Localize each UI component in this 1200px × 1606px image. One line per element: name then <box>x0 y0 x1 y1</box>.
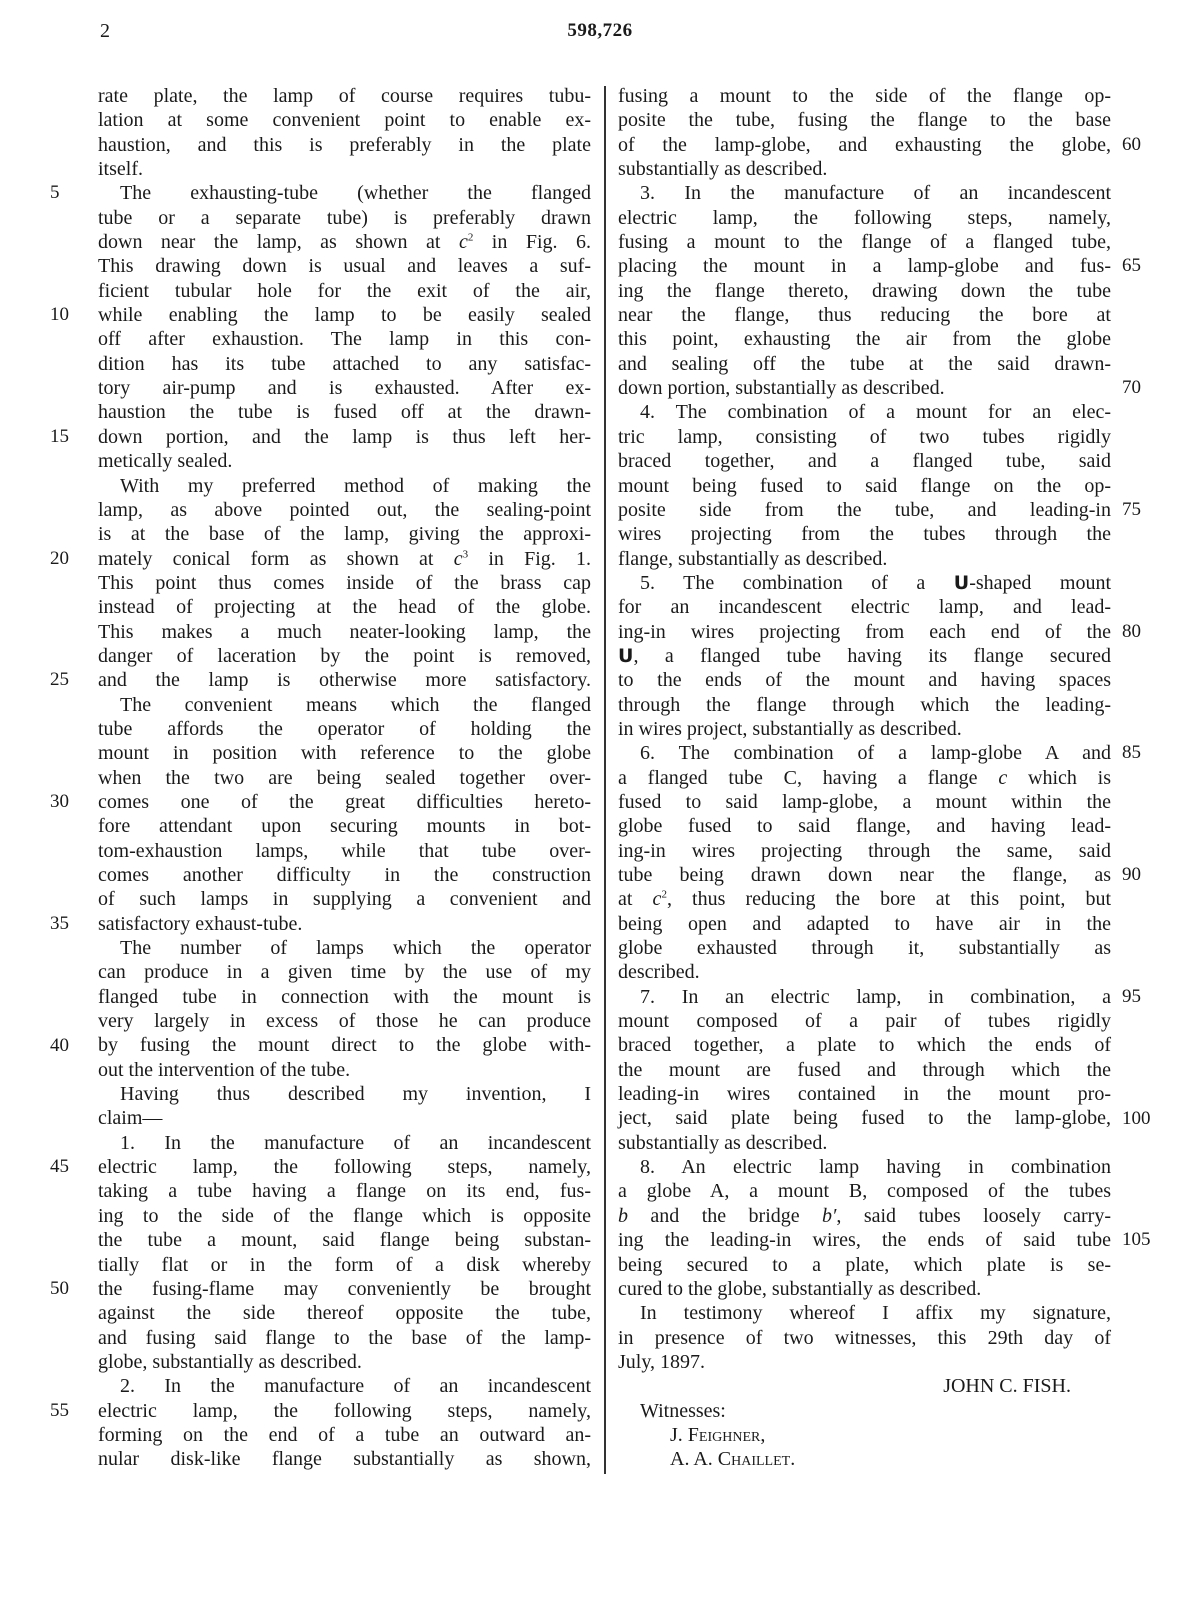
text-line: a flanged tube C, having a flange c whic… <box>618 766 1111 790</box>
line-number: 70 <box>1122 376 1172 400</box>
line-number: 80 <box>1122 620 1172 644</box>
text-line: when the two are being sealed together o… <box>98 766 591 790</box>
line-number: 85 <box>1122 741 1172 765</box>
text-line: danger of laceration by the point is rem… <box>98 644 591 668</box>
text-line: being secured to a plate, which plate is… <box>618 1253 1111 1277</box>
reference-letter: c <box>454 548 463 570</box>
text-line: electric lamp, the following steps, name… <box>98 1399 591 1423</box>
line-number: 15 <box>50 425 90 449</box>
text-line: ing to the side of the flange which is o… <box>98 1204 591 1228</box>
text-line: globe, substantially as described. <box>98 1350 591 1374</box>
text-line: down portion, substantially as described… <box>618 376 1111 400</box>
line-number: 90 <box>1122 863 1172 887</box>
text-line: 1. In the manufacture of an incandescent <box>98 1131 591 1155</box>
text-line: being open and adapted to have air in th… <box>618 912 1111 936</box>
text-line: fusing a mount to the side of the flange… <box>618 84 1111 108</box>
left-column: rate plate, the lamp of course requires … <box>98 84 591 1472</box>
line-number: 50 <box>50 1277 90 1301</box>
text-line: tube being drawn down near the flange, a… <box>618 863 1111 887</box>
text-line: fused to said lamp-globe, a mount within… <box>618 790 1111 814</box>
text-line: tric lamp, consisting of two tubes rigid… <box>618 425 1111 449</box>
text-line: ject, said plate being fused to the lamp… <box>618 1106 1111 1130</box>
text-line: braced together, and a flanged tube, sai… <box>618 449 1111 473</box>
line-number: 55 <box>50 1399 90 1423</box>
text-line: metically sealed. <box>98 449 591 473</box>
u-shape-glyph: U <box>954 572 969 594</box>
text-line: substantially as described. <box>618 157 1111 181</box>
line-number: 75 <box>1122 498 1172 522</box>
text-line: Having thus described my invention, I <box>98 1082 591 1106</box>
reference-letter: b <box>618 1205 628 1227</box>
text-line: out the intervention of the tube. <box>98 1058 591 1082</box>
witness-name: A. A. Chaillet. <box>618 1447 1111 1471</box>
text-line: against the side thereof opposite the tu… <box>98 1301 591 1325</box>
text-line: near the flange, thus reducing the bore … <box>618 303 1111 327</box>
text-line: electric lamp, the following steps, name… <box>98 1155 591 1179</box>
column-divider <box>604 86 606 1474</box>
text-line: nular disk-like flange substantially as … <box>98 1447 591 1471</box>
text-line: cured to the globe, substantially as des… <box>618 1277 1111 1301</box>
text-line: lamp, as above pointed out, the sealing-… <box>98 498 591 522</box>
text-line: ing-in wires projecting from each end of… <box>618 620 1111 644</box>
text-line: braced together, a plate to which the en… <box>618 1033 1111 1057</box>
text-line: in presence of two witnesses, this 29th … <box>618 1326 1111 1350</box>
text-line: down portion, and the lamp is thus left … <box>98 425 591 449</box>
text-line: at c2, thus reducing the bore at this po… <box>618 887 1111 911</box>
text-line: the mount are fused and through which th… <box>618 1058 1111 1082</box>
text-line: mount composed of a pair of tubes rigidl… <box>618 1009 1111 1033</box>
text-line: forming on the end of a tube an outward … <box>98 1423 591 1447</box>
line-number: 10 <box>50 303 90 327</box>
text-line: tube or a separate tube) is preferably d… <box>98 206 591 230</box>
text-line: ing the flange thereto, drawing down the… <box>618 279 1111 303</box>
line-number: 95 <box>1122 985 1172 1009</box>
text-line: 2. In the manufacture of an incandescent <box>98 1374 591 1398</box>
text-line: rate plate, the lamp of course requires … <box>98 84 591 108</box>
text-line: globe exhausted through it, substantiall… <box>618 936 1111 960</box>
text-line: posite the tube, fusing the flange to th… <box>618 108 1111 132</box>
text-line: comes another difficulty in the construc… <box>98 863 591 887</box>
text-line: can produce in a given time by the use o… <box>98 960 591 984</box>
line-number: 30 <box>50 790 90 814</box>
text-line: a globe A, a mount B, composed of the tu… <box>618 1179 1111 1203</box>
text-line: the tube a mount, said flange being subs… <box>98 1228 591 1252</box>
line-number: 20 <box>50 547 90 571</box>
line-number: 5 <box>50 181 90 205</box>
text-line: 3. In the manufacture of an incandescent <box>618 181 1111 205</box>
text-line: claim— <box>98 1106 591 1130</box>
text-line: tory air-pump and is exhausted. After ex… <box>98 376 591 400</box>
text-line: 4. The combination of a mount for an ele… <box>618 400 1111 424</box>
witnesses-label: Witnesses: <box>618 1399 1111 1423</box>
text-line: mount in position with reference to the … <box>98 741 591 765</box>
text-line: globe fused to said flange, and having l… <box>618 814 1111 838</box>
text-line: the fusing-flame may conveniently be bro… <box>98 1277 591 1301</box>
line-number: 25 <box>50 668 90 692</box>
text-line: is at the base of the lamp, giving the a… <box>98 522 591 546</box>
line-number: 105 <box>1122 1228 1172 1252</box>
text-line: With my preferred method of making the <box>98 474 591 498</box>
text-line: to the ends of the mount and having spac… <box>618 668 1111 692</box>
text-line: of the lamp-globe, and exhausting the gl… <box>618 133 1111 157</box>
text-line: itself. <box>98 157 591 181</box>
text-line: off after exhaustion. The lamp in this c… <box>98 327 591 351</box>
text-line: wires projecting from the tubes through … <box>618 522 1111 546</box>
reference-letter: c <box>459 231 468 253</box>
text-line: b and the bridge b′, said tubes loosely … <box>618 1204 1111 1228</box>
text-line: 7. In an electric lamp, in combination, … <box>618 985 1111 1009</box>
reference-letter: c <box>998 767 1007 789</box>
text-line: in wires project, substantially as descr… <box>618 717 1111 741</box>
superscript: 2 <box>661 889 667 901</box>
text-line: mately conical form as shown at c3 in Fi… <box>98 547 591 571</box>
text-line: U, a flanged tube having its flange secu… <box>618 644 1111 668</box>
reference-letter: b′ <box>822 1205 836 1227</box>
text-line: The convenient means which the flanged <box>98 693 591 717</box>
text-line: ing-in wires projecting through the same… <box>618 839 1111 863</box>
text-line: very largely in excess of those he can p… <box>98 1009 591 1033</box>
text-line: through the flange through which the lea… <box>618 693 1111 717</box>
text-line: taking a tube having a flange on its end… <box>98 1179 591 1203</box>
text-line: by fusing the mount direct to the globe … <box>98 1033 591 1057</box>
text-line: instead of projecting at the head of the… <box>98 595 591 619</box>
patent-number: 598,726 <box>0 20 1200 42</box>
text-line: leading-in wires contained in the mount … <box>618 1082 1111 1106</box>
line-number: 60 <box>1122 133 1172 157</box>
text-line: The number of lamps which the operator <box>98 936 591 960</box>
text-line: mount being fused to said flange on the … <box>618 474 1111 498</box>
text-line: for an incandescent electric lamp, and l… <box>618 595 1111 619</box>
text-line: 8. An electric lamp having in combinatio… <box>618 1155 1111 1179</box>
text-line: flanged tube in connection with the moun… <box>98 985 591 1009</box>
text-line: This point thus comes inside of the bras… <box>98 571 591 595</box>
text-line: ing the leading-in wires, the ends of sa… <box>618 1228 1111 1252</box>
text-line: 5. The combination of a U-shaped mount <box>618 571 1111 595</box>
superscript: 3 <box>463 548 469 560</box>
text-line: this point, exhausting the air from the … <box>618 327 1111 351</box>
inventor-signature: JOHN C. FISH. <box>618 1374 1111 1398</box>
text-line: comes one of the great difficulties here… <box>98 790 591 814</box>
text-line: while enabling the lamp to be easily sea… <box>98 303 591 327</box>
text-line: In testimony whereof I affix my signatur… <box>618 1301 1111 1325</box>
text-line: tom-exhaustion lamps, while that tube ov… <box>98 839 591 863</box>
text-line: placing the mount in a lamp-globe and fu… <box>618 254 1111 278</box>
text-line: July, 1897. <box>618 1350 1111 1374</box>
superscript: 2 <box>468 231 474 243</box>
right-column: fusing a mount to the side of the flange… <box>618 84 1111 1472</box>
line-number: 100 <box>1122 1107 1172 1131</box>
text-line: dition has its tube attached to any sati… <box>98 352 591 376</box>
text-line: 6. The combination of a lamp-globe A and <box>618 741 1111 765</box>
text-line: tially flat or in the form of a disk whe… <box>98 1253 591 1277</box>
line-number: 65 <box>1122 254 1172 278</box>
text-line: down near the lamp, as shown at c2 in Fi… <box>98 230 591 254</box>
text-line: satisfactory exhaust-tube. <box>98 912 591 936</box>
text-line: This drawing down is usual and leaves a … <box>98 254 591 278</box>
text-line: fusing a mount to the flange of a flange… <box>618 230 1111 254</box>
text-line: flange, substantially as described. <box>618 547 1111 571</box>
text-line: and the lamp is otherwise more satisfact… <box>98 668 591 692</box>
text-line: posite side from the tube, and leading-i… <box>618 498 1111 522</box>
text-line: described. <box>618 960 1111 984</box>
text-line: and sealing off the tube at the said dra… <box>618 352 1111 376</box>
u-shape-glyph: U <box>618 645 633 667</box>
text-line: lation at some convenient point to enabl… <box>98 108 591 132</box>
text-line: substantially as described. <box>618 1131 1111 1155</box>
text-line: electric lamp, the following steps, name… <box>618 206 1111 230</box>
line-number: 35 <box>50 912 90 936</box>
text-line: tube affords the operator of holding the <box>98 717 591 741</box>
text-line: This makes a much neater-looking lamp, t… <box>98 620 591 644</box>
witness-name: J. Feighner, <box>618 1423 1111 1447</box>
line-number: 40 <box>50 1034 90 1058</box>
text-line: fore attendant upon securing mounts in b… <box>98 814 591 838</box>
text-line: haustion, and this is preferably in the … <box>98 133 591 157</box>
text-line: ficient tubular hole for the exit of the… <box>98 279 591 303</box>
text-line: of such lamps in supplying a convenient … <box>98 887 591 911</box>
text-line: haustion the tube is fused off at the dr… <box>98 400 591 424</box>
text-line: and fusing said flange to the base of th… <box>98 1326 591 1350</box>
line-number: 45 <box>50 1155 90 1179</box>
text-line: The exhausting-tube (whether the flanged <box>98 181 591 205</box>
